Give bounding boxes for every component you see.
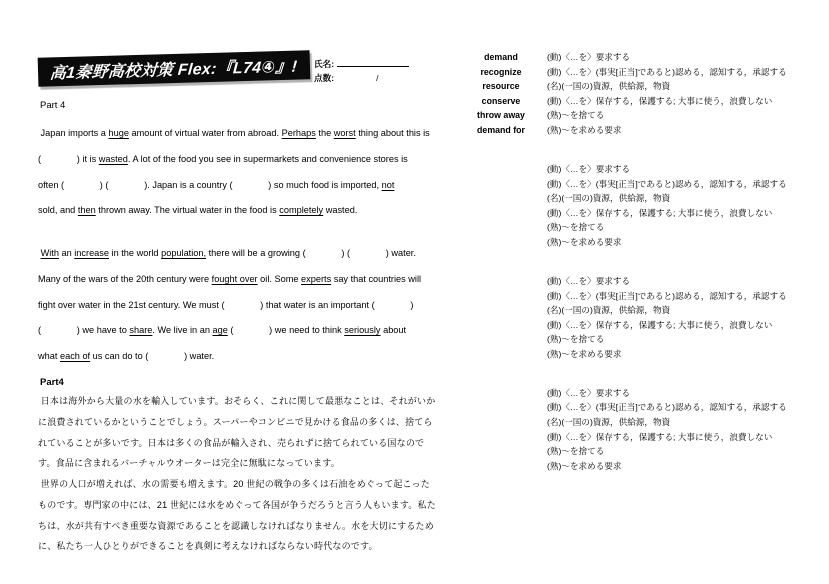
vocab-row: throw away(熟)～を捨てる [463, 108, 825, 123]
underlined-word: worst [334, 128, 356, 138]
vocab-column: demand(動)〈…を〉要求するrecognize(動)〈…を〉(事実[正当]… [463, 50, 825, 498]
vocab-row: (動)〈…を〉(事実[正当]であると)認める，認知する，承認する [463, 177, 825, 192]
vocab-row: resource(名)(一国の)資源，供給源，物資 [463, 79, 825, 94]
vocab-row: recognize(動)〈…を〉(事実[正当]であると)認める，認知する，承認す… [463, 65, 825, 80]
worksheet-title: 高1秦野高校対策 Flex:『L74④』! [49, 54, 298, 84]
underlined-word: experts [301, 274, 331, 284]
vocab-definition: (動)〈…を〉保存する，保護する; 大事に使う，浪費しない [547, 94, 772, 109]
vocab-definition: (動)〈…を〉(事実[正当]であると)認める，認知する，承認する [547, 177, 787, 192]
vocab-definition: (動)〈…を〉保存する，保護する; 大事に使う，浪費しない [547, 430, 772, 445]
text-segment: thrown away. The virtual water in the fo… [96, 205, 280, 215]
vocab-definition: (熟)～を捨てる [547, 108, 604, 123]
underlined-word: wasted [99, 154, 128, 164]
text-segment: ( ) we need to think [228, 325, 344, 335]
vocab-definition: (名)(一国の)資源，供給源，物資 [547, 303, 670, 318]
text-segment: ( ) it is [38, 154, 99, 164]
text-segment: there will be a growing ( ) ( ) water. [206, 248, 416, 258]
worksheet-page: 高1秦野高校対策 Flex:『L74④』! 氏名: 点数:/ Part 4 Ja… [0, 0, 829, 584]
vocab-definition: (熟)～を捨てる [547, 332, 604, 347]
part4-label-japanese: Part4 [40, 377, 64, 388]
vocab-row: demand(動)〈…を〉要求する [463, 50, 825, 65]
vocab-row: (動)〈…を〉要求する [463, 274, 825, 289]
text-segment: say that countries will [331, 274, 421, 284]
vocab-row: (動)〈…を〉保存する，保護する; 大事に使う，浪費しない [463, 318, 825, 333]
vocab-definition: (名)(一国の)資源，供給源，物資 [547, 79, 670, 94]
text-segment: sold, and [38, 205, 78, 215]
vocab-definition: (動)〈…を〉要求する [547, 162, 630, 177]
text-segment: fight over water in the 21st century. We… [38, 300, 413, 310]
underlined-word: each of [60, 351, 90, 361]
vocab-definition: (動)〈…を〉(事実[正当]であると)認める，認知する，承認する [547, 289, 787, 304]
underlined-word: seriously [344, 325, 380, 335]
vocab-word: demand for [463, 123, 539, 138]
score-row: 点数:/ [314, 72, 409, 87]
vocab-row: (動)〈…を〉(事実[正当]であると)認める，認知する，承認する [463, 400, 825, 415]
score-slash: / [376, 72, 378, 84]
vocab-definition: (熟)～を捨てる [547, 444, 604, 459]
underlined-word: not [382, 180, 395, 190]
vocab-definition: (動)〈…を〉要求する [547, 50, 630, 65]
text-segment: what [38, 351, 60, 361]
vocab-definition: (名)(一国の)資源，供給源，物資 [547, 191, 670, 206]
text-segment: . We live in an [152, 325, 212, 335]
english-paragraph-2: With an increase in the world population… [38, 241, 421, 370]
vocab-definition: (動)〈…を〉要求する [547, 274, 630, 289]
text-line: Many of the wars of the 20th century wer… [38, 267, 421, 293]
text-segment: us can do to ( ) water. [90, 351, 214, 361]
part4-label-english: Part 4 [40, 100, 65, 111]
vocab-definition: (動)〈…を〉(事実[正当]であると)認める，認知する，承認する [547, 400, 787, 415]
vocab-block: demand(動)〈…を〉要求するrecognize(動)〈…を〉(事実[正当]… [463, 50, 825, 138]
text-segment: the [316, 128, 334, 138]
score-label: 点数: [314, 73, 334, 83]
text-segment: oil. Some [258, 274, 301, 284]
text-segment: often ( ) ( ). Japan is a country ( ) so… [38, 180, 382, 190]
vocab-block: (動)〈…を〉要求する(動)〈…を〉(事実[正当]であると)認める，認知する，承… [463, 386, 825, 474]
vocab-word: throw away [463, 108, 539, 123]
vocab-word: recognize [463, 65, 539, 80]
japanese-paragraph-1: 日本は海外から大量の水を輸入しています。おそらく、これに関して最悪なことは、それ… [38, 391, 435, 474]
vocab-row: (熟)～を捨てる [463, 444, 825, 459]
text-segment: amount of virtual water from abroad. [129, 128, 282, 138]
text-line: ちは、水が共有すべき重要な資源であることを認識しなければなりません。水を大切にす… [38, 516, 436, 537]
underlined-word: increase [74, 248, 109, 258]
vocab-definition: (動)〈…を〉要求する [547, 386, 630, 401]
text-line: ものです。専門家の中には、21 世紀には水をめぐって各国が争うだろうと言う人もい… [38, 495, 436, 516]
underlined-word: share [129, 325, 152, 335]
vocab-row: (熟)～を求める要求 [463, 347, 825, 362]
underlined-word: fought over [212, 274, 258, 284]
vocab-row: (熟)～を捨てる [463, 332, 825, 347]
vocab-row: (動)〈…を〉保存する，保護する; 大事に使う，浪費しない [463, 430, 825, 445]
vocab-definition: (動)〈…を〉保存する，保護する; 大事に使う，浪費しない [547, 206, 772, 221]
english-paragraph-1: Japan imports a huge amount of virtual w… [38, 121, 430, 224]
vocab-row: (動)〈…を〉(事実[正当]であると)認める，認知する，承認する [463, 289, 825, 304]
name-label: 氏名: [314, 59, 334, 69]
worksheet-title-band: 高1秦野高校対策 Flex:『L74④』! [38, 50, 311, 87]
text-line: 日本は海外から大量の水を輸入しています。おそらく、これに関して最悪なことは、それ… [38, 391, 435, 412]
vocab-row: (動)〈…を〉保存する，保護する; 大事に使う，浪費しない [463, 206, 825, 221]
vocab-definition: (熟)～を求める要求 [547, 459, 621, 474]
name-blank-line [337, 57, 409, 67]
vocab-row: demand for(熟)～を求める要求 [463, 123, 825, 138]
text-line: fight over water in the 21st century. We… [38, 293, 421, 319]
vocab-row: (熟)～を求める要求 [463, 459, 825, 474]
text-segment: thing about this is [356, 128, 430, 138]
vocab-row: (動)〈…を〉要求する [463, 386, 825, 401]
vocab-row: conserve(動)〈…を〉保存する，保護する; 大事に使う，浪費しない [463, 94, 825, 109]
vocab-definition: (名)(一国の)資源，供給源，物資 [547, 415, 670, 430]
text-segment: wasted. [323, 205, 357, 215]
text-segment: an [59, 248, 74, 258]
underlined-word: Perhaps [282, 128, 316, 138]
underlined-word: completely [279, 205, 323, 215]
vocab-definition: (熟)～を捨てる [547, 220, 604, 235]
vocab-row: (動)〈…を〉要求する [463, 162, 825, 177]
text-line: sold, and then thrown away. The virtual … [38, 198, 430, 224]
japanese-paragraph-2: 世界の人口が増えれば、水の需要も増えます。20 世紀の戦争の多くは石油をめぐって… [38, 474, 436, 557]
vocab-definition: (熟)～を求める要求 [547, 347, 621, 362]
underlined-word: age [212, 325, 227, 335]
text-line: れていることが多いです。日本は多くの食品が輸入され、売られずに捨てられている国な… [38, 433, 435, 454]
vocab-definition: (動)〈…を〉保存する，保護する; 大事に使う，浪費しない [547, 318, 772, 333]
vocab-row: (名)(一国の)資源，供給源，物資 [463, 415, 825, 430]
vocab-word: demand [463, 50, 539, 65]
vocab-word: conserve [463, 94, 539, 109]
vocab-row: (熟)～を求める要求 [463, 235, 825, 250]
vocab-row: (名)(一国の)資源，供給源，物資 [463, 303, 825, 318]
text-segment: . A lot of the food you see in supermark… [128, 154, 408, 164]
underlined-word: then [78, 205, 96, 215]
underlined-word: huge [108, 128, 128, 138]
underlined-word: population, [161, 248, 206, 258]
text-segment: in the world [109, 248, 161, 258]
vocab-row: (熟)～を捨てる [463, 220, 825, 235]
vocab-row: (名)(一国の)資源，供給源，物資 [463, 191, 825, 206]
text-segment: about [381, 325, 407, 335]
vocab-block: (動)〈…を〉要求する(動)〈…を〉(事実[正当]であると)認める，認知する，承… [463, 162, 825, 250]
text-line: ( ) we have to share. We live in an age … [38, 318, 421, 344]
name-score-block: 氏名: 点数:/ [314, 57, 409, 87]
text-line: Japan imports a huge amount of virtual w… [38, 121, 430, 147]
text-line: what each of us can do to ( ) water. [38, 344, 421, 370]
text-segment: Many of the wars of the 20th century wer… [38, 274, 212, 284]
vocab-block: (動)〈…を〉要求する(動)〈…を〉(事実[正当]であると)認める，認知する，承… [463, 274, 825, 362]
underlined-word: With [41, 248, 59, 258]
text-line: に浪費されているかということでしょう。スーパーやコンビニで見かける食品の多くは、… [38, 412, 435, 433]
text-segment: ( ) we have to [38, 325, 129, 335]
text-line: often ( ) ( ). Japan is a country ( ) so… [38, 173, 430, 199]
text-line: に、私たち一人ひとりができることを真剣に考えなければならない時代なのです。 [38, 536, 436, 557]
text-segment: Japan imports a [38, 128, 108, 138]
text-line: With an increase in the world population… [38, 241, 421, 267]
vocab-word: resource [463, 79, 539, 94]
text-line: 世界の人口が増えれば、水の需要も増えます。20 世紀の戦争の多くは石油をめぐって… [38, 474, 436, 495]
text-line: ( ) it is wasted. A lot of the food you … [38, 147, 430, 173]
vocab-definition: (動)〈…を〉(事実[正当]であると)認める，認知する，承認する [547, 65, 787, 80]
vocab-definition: (熟)～を求める要求 [547, 235, 621, 250]
text-line: す。食品に含まれるバーチャルウオーターは完全に無駄になっています。 [38, 453, 435, 474]
vocab-definition: (熟)～を求める要求 [547, 123, 621, 138]
name-row: 氏名: [314, 57, 409, 72]
